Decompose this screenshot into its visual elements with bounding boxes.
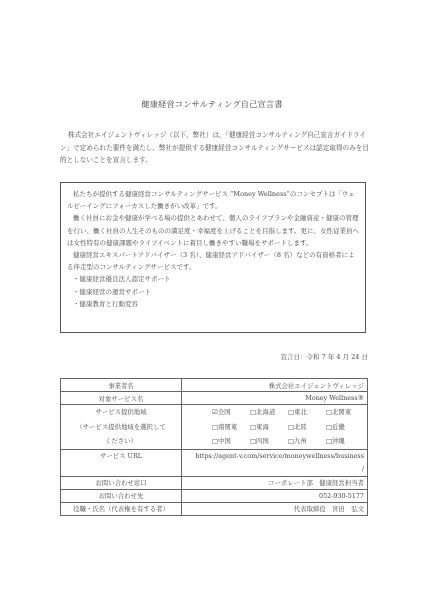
region-row: ☑全国 □北海道 □東北 □北関東 bbox=[182, 405, 364, 420]
table-row: お問い合わせ窓口 コーポレート部 健康経営担当者 bbox=[61, 476, 368, 489]
bullet-item: ・健康経営優良法人認定サポート bbox=[67, 273, 359, 285]
table-row: サービス提供地域 （サービス提供地域を選択して ください） ☑全国 □北海道 □… bbox=[61, 405, 368, 450]
representative-name: 代表取締役 宮田 弘文 bbox=[182, 502, 368, 515]
region-checkbox-chugoku[interactable]: □中国 bbox=[212, 434, 250, 449]
phone-number: 052-930-5177 bbox=[182, 489, 368, 502]
region-checkbox-tokai[interactable]: □東海 bbox=[250, 420, 288, 435]
row-value: Money Wellness® bbox=[182, 392, 368, 405]
region-checkbox-tohoku[interactable]: □東北 bbox=[288, 405, 326, 420]
support-paragraph: 働く社員にお金や健康が学べる場の提供とあわせて、個人のライフプランや金融資産・健… bbox=[67, 212, 359, 249]
region-checkbox-hokuriku[interactable]: □北陸 bbox=[288, 420, 326, 435]
intro-paragraph: 株式会社エイジェントヴィレッジ（以下，弊社）は，「健康経営コンサルティング自己宣… bbox=[60, 129, 370, 167]
company-info-table: 事業者名 株式会社エイジェントヴィレッジ 対象サービス名 Money Welln… bbox=[60, 378, 368, 516]
bullet-item: ・健康経営の運営サポート bbox=[67, 286, 359, 298]
row-label: サービス URL bbox=[61, 449, 182, 476]
region-checkbox-hokkaido[interactable]: □北海道 bbox=[250, 405, 288, 420]
label-line: サービス提供地域 bbox=[61, 405, 181, 420]
document-title: 健康経営コンサルティング自己宣言書 bbox=[0, 99, 424, 110]
row-label: お問い合わせ先 bbox=[61, 489, 182, 502]
service-url[interactable]: https://agent-v.com/service/moneywellnes… bbox=[182, 449, 368, 476]
label-line: （サービス提供地域を選択して bbox=[61, 420, 181, 435]
url-line[interactable]: https://agent-v.com/service/moneywellnes… bbox=[182, 450, 364, 463]
region-checkbox-kyushu[interactable]: □九州 bbox=[288, 434, 326, 449]
label-line: ください） bbox=[61, 434, 181, 449]
bullet-item: ・健康教育と行動変容 bbox=[67, 298, 359, 310]
row-label: サービス提供地域 （サービス提供地域を選択して ください） bbox=[61, 405, 182, 450]
row-label: 対象サービス名 bbox=[61, 392, 182, 405]
region-checkbox-okinawa[interactable]: □沖縄 bbox=[326, 434, 364, 449]
concept-paragraph: 私たちが提供する健康経営コンサルティングサービス “Money Wellness… bbox=[67, 188, 359, 212]
url-line[interactable]: / bbox=[182, 463, 364, 476]
table-row: 事業者名 株式会社エイジェントヴィレッジ bbox=[61, 379, 368, 392]
region-checkbox-minamikanto[interactable]: □南関東 bbox=[212, 420, 250, 435]
table-row: 役職・氏名（代表権を有する者） 代表取締役 宮田 弘文 bbox=[61, 502, 368, 515]
region-checkbox-shikoku[interactable]: □四国 bbox=[250, 434, 288, 449]
table-row: 対象サービス名 Money Wellness® bbox=[61, 392, 368, 405]
row-label: 役職・氏名（代表権を有する者） bbox=[61, 502, 182, 515]
region-checkbox-kinki[interactable]: □近畿 bbox=[326, 420, 364, 435]
region-options: ☑全国 □北海道 □東北 □北関東 □南関東 □東海 □北陸 □近畿 □中国 □… bbox=[182, 405, 368, 450]
table-row: サービス URL https://agent-v.com/service/mon… bbox=[61, 449, 368, 476]
table-row: お問い合わせ先 052-930-5177 bbox=[61, 489, 368, 502]
region-row: □中国 □四国 □九州 □沖縄 bbox=[182, 434, 364, 449]
region-row: □南関東 □東海 □北陸 □近畿 bbox=[182, 420, 364, 435]
row-value: コーポレート部 健康経営担当者 bbox=[182, 476, 368, 489]
intro-text: 株式会社エイジェントヴィレッジ（以下，弊社）は，「健康経営コンサルティング自己宣… bbox=[60, 129, 370, 167]
region-checkbox-zenkoku[interactable]: ☑全国 bbox=[212, 405, 250, 420]
service-concept-box: 私たちが提供する健康経営コンサルティングサービス “Money Wellness… bbox=[60, 182, 366, 333]
region-checkbox-kitakanto[interactable]: □北関東 bbox=[326, 405, 364, 420]
declaration-date: 宣言日：令和 7 年 4 月 24 日 bbox=[240, 352, 368, 361]
row-value: 株式会社エイジェントヴィレッジ bbox=[182, 379, 368, 392]
qualification-paragraph: 健康経営エキスパートアドバイザー（3 名）、健康経営アドバイザー（8 名）などの… bbox=[67, 249, 359, 273]
row-label: 事業者名 bbox=[61, 379, 182, 392]
row-label: お問い合わせ窓口 bbox=[61, 476, 182, 489]
